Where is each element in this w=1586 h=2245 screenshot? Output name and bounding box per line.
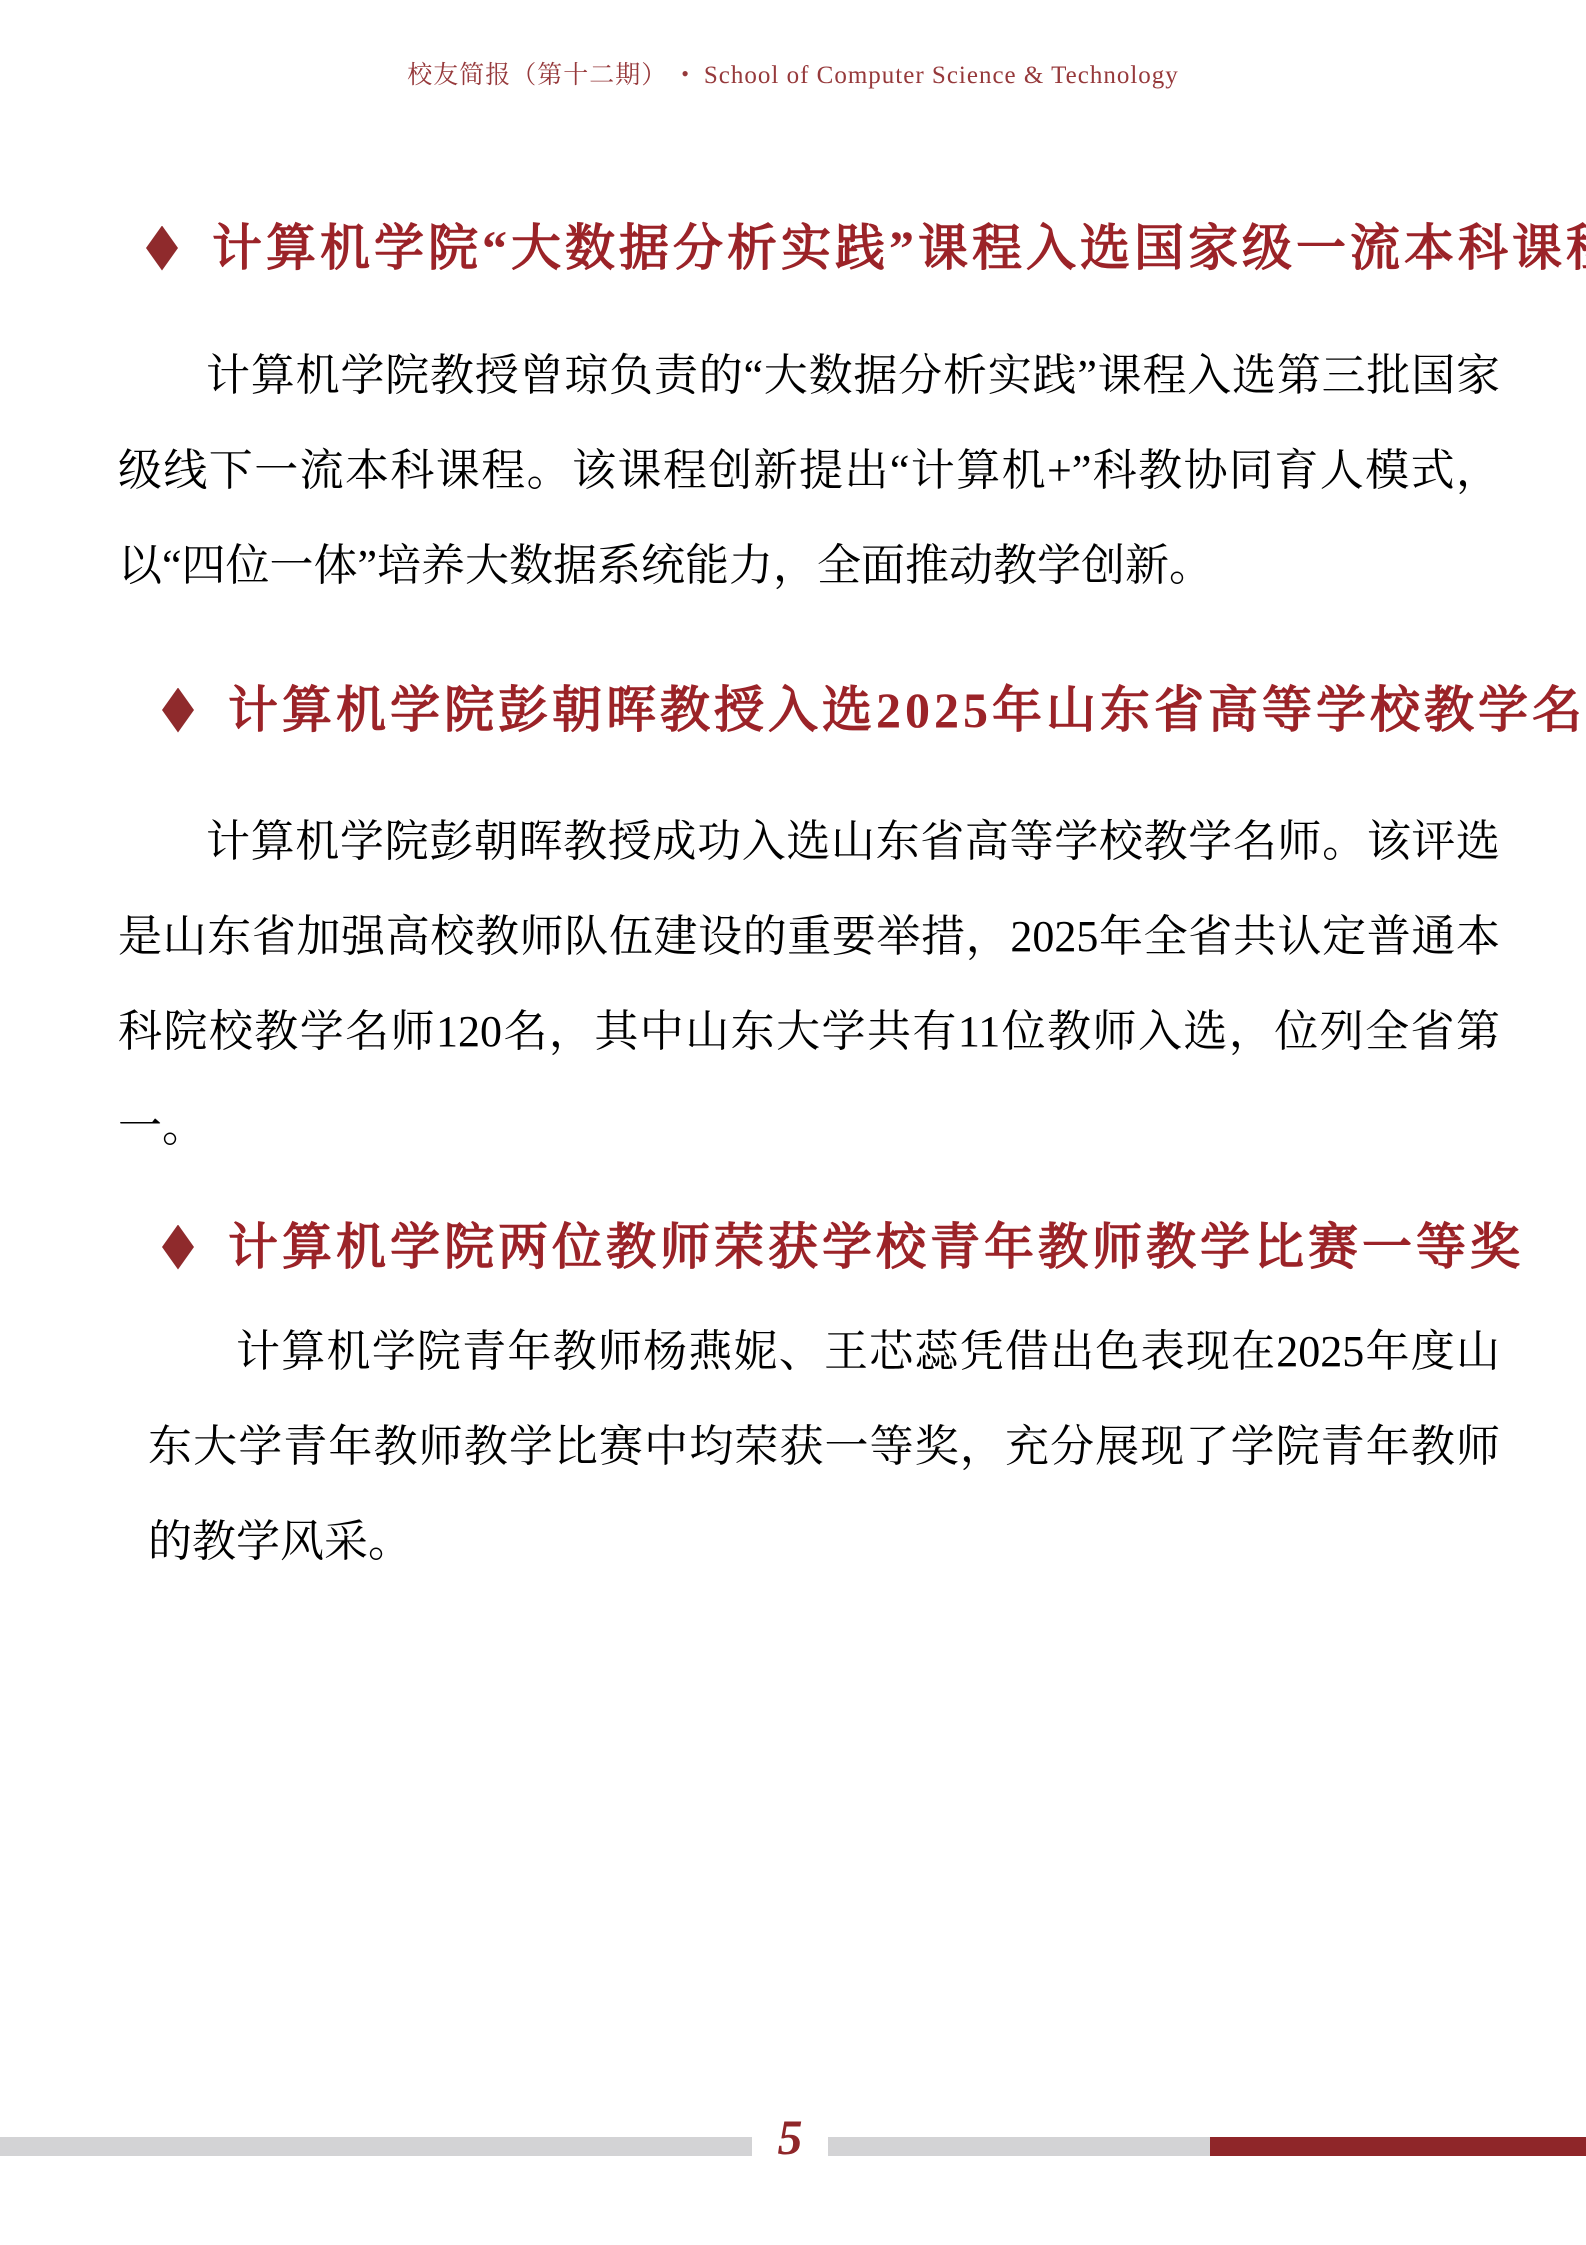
diamond-bullet-icon xyxy=(162,688,194,733)
diamond-bullet-icon xyxy=(162,1225,194,1270)
section-3-heading: 计算机学院两位教师荣获学校青年教师教学比赛一等奖 xyxy=(118,1217,1500,1277)
section-2-heading-text: 计算机学院彭朝晖教授入选2025年山东省高等学校教学名师 xyxy=(228,680,1586,740)
section-2-paragraph: 计算机学院彭朝晖教授成功入选山东省高等学校教学名师。该评选是山东省加强高校教师队… xyxy=(118,794,1500,1174)
footer-red-bar xyxy=(1210,2137,1586,2156)
section-1-paragraph: 计算机学院教授曾琼负责的“大数据分析实践”课程入选第三批国家级线下一流本科课程。… xyxy=(118,328,1500,613)
page-number: 5 xyxy=(752,2108,828,2166)
footer-gray-bar-left xyxy=(0,2137,752,2156)
section-2-heading: 计算机学院彭朝晖教授入选2025年山东省高等学校教学名师 xyxy=(118,680,1500,740)
diamond-bullet-icon xyxy=(146,226,178,271)
section-1-heading-text: 计算机学院“大数据分析实践”课程入选国家级一流本科课程 xyxy=(212,218,1586,278)
section-3-heading-text: 计算机学院两位教师荣获学校青年教师教学比赛一等奖 xyxy=(228,1217,1524,1277)
footer-gray-bar-right xyxy=(828,2137,1210,2156)
section-3-paragraph: 计算机学院青年教师杨燕妮、王芯蕊凭借出色表现在2025年度山东大学青年教师教学比… xyxy=(148,1304,1500,1589)
page-content: 计算机学院“大数据分析实践”课程入选国家级一流本科课程 计算机学院教授曾琼负责的… xyxy=(118,0,1500,1589)
section-1-heading: 计算机学院“大数据分析实践”课程入选国家级一流本科课程 xyxy=(118,218,1500,278)
newsletter-page: 校友简报（第十二期）•School of Computer Science & … xyxy=(0,0,1586,2245)
